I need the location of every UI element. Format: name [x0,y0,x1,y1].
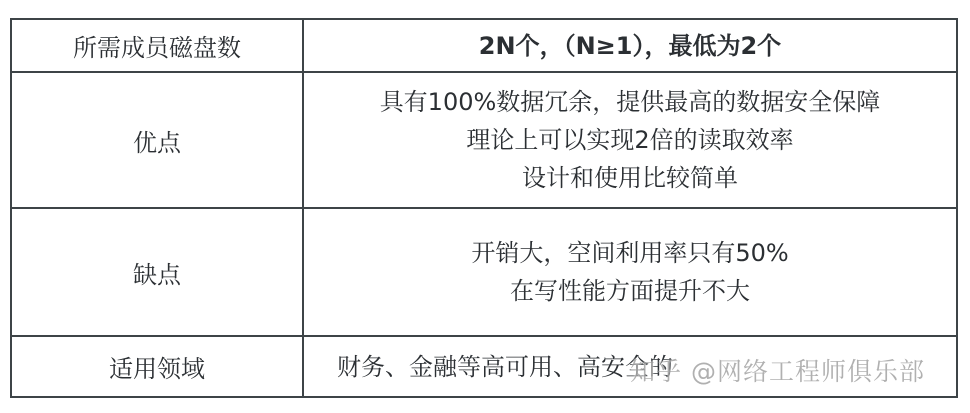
watermark: 知乎 @网络工程师俱乐部 [630,352,925,388]
value-line: 开销大，空间利用率只有50% [304,234,956,272]
row-label: 适用领域 [11,336,303,397]
page: 所需成员磁盘数 2N个，（N≥1），最低为2个 优点 具有100%数据冗余，提供… [0,0,970,413]
value-line: 2N个，（N≥1），最低为2个 [304,27,956,65]
table-row-advantages: 优点 具有100%数据冗余，提供最高的数据安全保障 理论上可以实现2倍的读取效率… [11,72,957,208]
row-label: 缺点 [11,208,303,336]
table-row-disk-count: 所需成员磁盘数 2N个，（N≥1），最低为2个 [11,19,957,72]
value-line: 具有100%数据冗余，提供最高的数据安全保障 [304,83,956,121]
table-row-disadvantages: 缺点 开销大，空间利用率只有50% 在写性能方面提升不大 [11,208,957,336]
value-line: 在写性能方面提升不大 [304,272,956,310]
value-line: 理论上可以实现2倍的读取效率 [304,121,956,159]
row-value: 2N个，（N≥1），最低为2个 [303,19,957,72]
row-value: 具有100%数据冗余，提供最高的数据安全保障 理论上可以实现2倍的读取效率 设计… [303,72,957,208]
row-label: 所需成员磁盘数 [11,19,303,72]
row-value: 开销大，空间利用率只有50% 在写性能方面提升不大 [303,208,957,336]
value-line: 设计和使用比较简单 [304,159,956,197]
row-label: 优点 [11,72,303,208]
raid1-spec-table: 所需成员磁盘数 2N个，（N≥1），最低为2个 优点 具有100%数据冗余，提供… [10,18,958,398]
